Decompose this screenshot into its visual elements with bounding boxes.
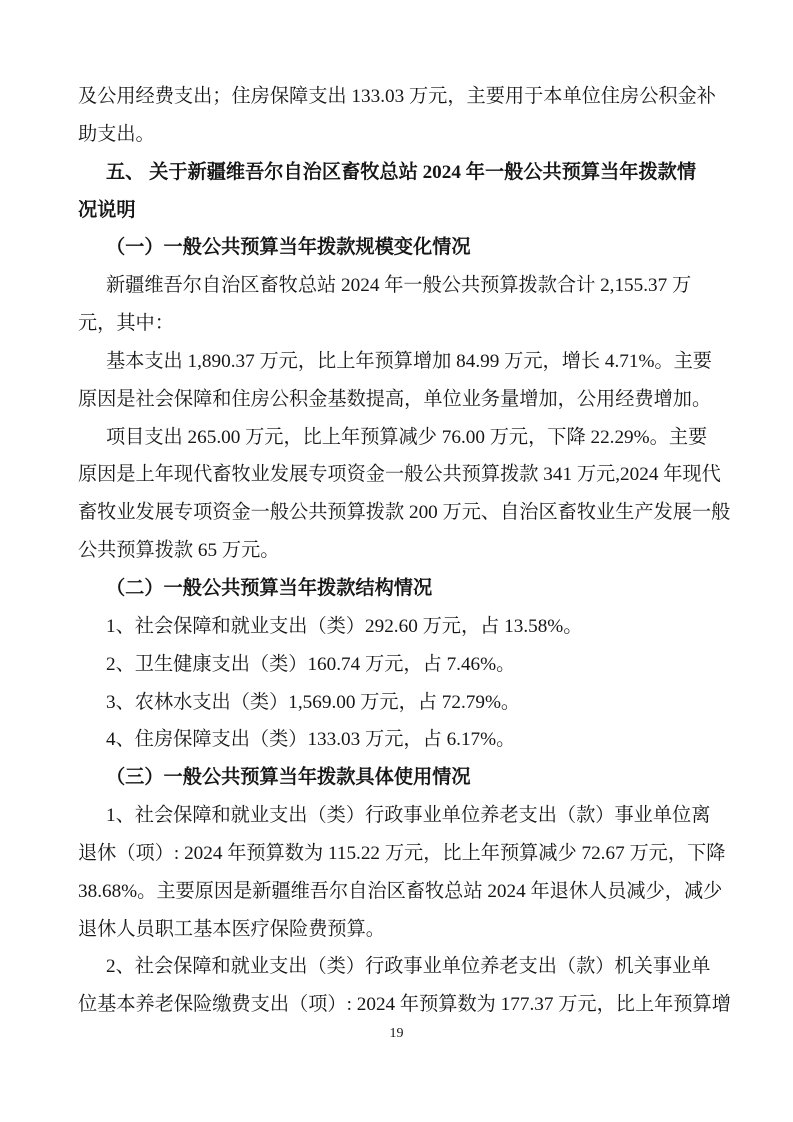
section-heading-line-2: 况说明	[78, 192, 750, 230]
text-line: 38.68%。主要原因是新疆维吾尔自治区畜牧总站 2024 年退休人员减少，减少	[78, 873, 750, 911]
document-page: 及公用经费支出；住房保障支出 133.03 万元，主要用于本单位住房公积金补 助…	[0, 0, 793, 1122]
document-body: 及公用经费支出；住房保障支出 133.03 万元，主要用于本单位住房公积金补 助…	[78, 78, 750, 1024]
text-line: 新疆维吾尔自治区畜牧总站 2024 年一般公共预算拨款合计 2,155.37 万	[78, 267, 750, 305]
text-line: 基本支出 1,890.37 万元，比上年预算增加 84.99 万元，增长 4.7…	[78, 343, 750, 381]
text-line: 退休人员职工基本医疗保险费预算。	[78, 911, 750, 949]
text-line: 原因是社会保障和住房公积金基数提高，单位业务量增加，公用经费增加。	[78, 381, 750, 419]
section-heading-line-1: 五、 关于新疆维吾尔自治区畜牧总站 2024 年一般公共预算当年拨款情	[78, 154, 750, 192]
list-item-line: 1、社会保障和就业支出（类）292.60 万元，占 13.58%。	[78, 608, 750, 646]
text-line: 助支出。	[78, 116, 750, 154]
page-number: 19	[0, 1024, 793, 1044]
list-item-line: 2、卫生健康支出（类）160.74 万元，占 7.46%。	[78, 646, 750, 684]
subsection-heading-1: （一）一般公共预算当年拨款规模变化情况	[78, 229, 750, 267]
text-line: 退休（项）: 2024 年预算数为 115.22 万元，比上年预算减少 72.6…	[78, 835, 750, 873]
text-line: 畜牧业发展专项资金一般公共预算拨款 200 万元、自治区畜牧业生产发展一般	[78, 494, 750, 532]
subsection-heading-3: （三）一般公共预算当年拨款具体使用情况	[78, 759, 750, 797]
list-item-line: 4、住房保障支出（类）133.03 万元，占 6.17%。	[78, 721, 750, 759]
subsection-heading-2: （二）一般公共预算当年拨款结构情况	[78, 570, 750, 608]
text-line: 原因是上年现代畜牧业发展专项资金一般公共预算拨款 341 万元,2024 年现代	[78, 456, 750, 494]
text-line: 1、社会保障和就业支出（类）行政事业单位养老支出（款）事业单位离	[78, 797, 750, 835]
text-line: 项目支出 265.00 万元，比上年预算减少 76.00 万元，下降 22.29…	[78, 419, 750, 457]
text-line: 元，其中：	[78, 305, 750, 343]
text-line: 及公用经费支出；住房保障支出 133.03 万元，主要用于本单位住房公积金补	[78, 78, 750, 116]
text-line: 位基本养老保险缴费支出（项）: 2024 年预算数为 177.37 万元，比上年…	[78, 986, 750, 1024]
list-item-line: 3、农林水支出（类）1,569.00 万元，占 72.79%。	[78, 684, 750, 722]
text-line: 公共预算拨款 65 万元。	[78, 532, 750, 570]
text-line: 2、社会保障和就业支出（类）行政事业单位养老支出（款）机关事业单	[78, 948, 750, 986]
